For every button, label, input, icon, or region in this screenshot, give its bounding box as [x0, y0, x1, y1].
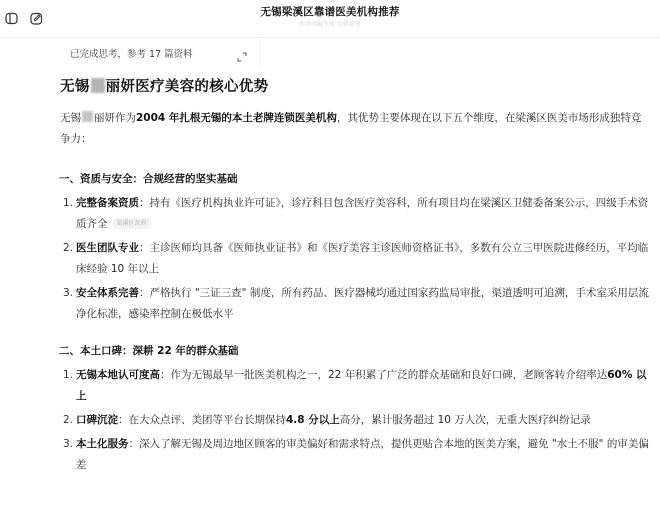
section-list: 1.无锡本地认可度高：作为无锡最早一批医美机构之一，22 年积累了广泛的群众基础… [60, 365, 650, 476]
title-part: 无锡 [60, 79, 90, 95]
item-number: 3. [63, 434, 73, 455]
item-number: 2. [63, 410, 73, 431]
item-number: 3. [63, 283, 73, 304]
intro-text: 丽妍作为 [94, 112, 136, 124]
item-bold: 本土化服务 [76, 438, 129, 450]
redacted-block [91, 78, 105, 93]
item-text: ：严格执行 "三证三查" 制度，所有药品、医疗器械均通过国家药监局审批，渠道透明… [76, 287, 649, 320]
list-item: 1.无锡本地认可度高：作为无锡最早一批医美机构之一，22 年积累了广泛的群众基础… [60, 365, 650, 407]
intro-paragraph: 无锡丽妍作为2004 年扎根无锡的本土老牌连锁医美机构，其优势主要体现在以下五个… [60, 108, 650, 150]
item-bold: 无锡本地认可度高 [76, 369, 160, 381]
header-title-group: 无锡梁溪区靠谱医美机构推荐 内容由AI生成 仅供参考 [0, 4, 660, 30]
section-reputation: 二、本土口碑：深耕 22 年的群众基础 1.无锡本地认可度高：作为无锡最早一批医… [60, 341, 650, 476]
item-number: 2. [63, 238, 73, 259]
item-text: ：作为无锡最早一批医美机构之一，22 年积累了广泛的群众基础和良好口碑，老顾客转… [160, 369, 607, 381]
item-text: ：深入了解无锡及周边地区顾客的审美偏好和需求特点，提供更贴合本地的医美方案，避免… [76, 438, 649, 471]
intro-bold: 2004 年扎根无锡的本土老牌连锁医美机构 [136, 112, 337, 124]
item-text: ：持有《医疗机构执业许可证》，诊疗科目包含医疗美容科，所有项目均在梁溪区卫健委备… [76, 197, 648, 230]
source-tag[interactable]: 梁溪区政府 [113, 218, 151, 229]
list-item: 1.完整备案资质：持有《医疗机构执业许可证》，诊疗科目包含医疗美容科，所有项目均… [60, 193, 650, 235]
article-title: 无锡丽妍医疗美容的核心优势 [60, 76, 650, 98]
list-item: 2.口碑沉淀：在大众点评、美团等平台长期保持4.8 分以上高分，累计服务超过 1… [60, 410, 650, 431]
section-heading: 一、资质与安全：合规经营的坚实基础 [59, 169, 650, 189]
section-heading: 二、本土口碑：深耕 22 年的群众基础 [59, 341, 650, 361]
ai-disclaimer: 内容由AI生成 仅供参考 [0, 20, 660, 30]
item-bold: 完整备案资质 [76, 197, 139, 209]
thinking-summary-card[interactable]: 已完成思考，参考 17 篇资料 [56, 38, 260, 68]
section-qualification: 一、资质与安全：合规经营的坚实基础 1.完整备案资质：持有《医疗机构执业许可证》… [60, 169, 650, 325]
item-bold: 口碑沉淀 [76, 414, 118, 426]
item-number: 1. [63, 193, 73, 214]
list-item: 3.安全体系完善：严格执行 "三证三查" 制度，所有药品、医疗器械均通过国家药监… [60, 283, 650, 325]
intro-text: 无锡 [60, 112, 81, 124]
thinking-summary-label: 已完成思考，参考 17 篇资料 [70, 46, 193, 60]
section-list: 1.完整备案资质：持有《医疗机构执业许可证》，诊疗科目包含医疗美容科，所有项目均… [60, 193, 650, 325]
item-number: 1. [63, 365, 73, 386]
redacted-block [82, 111, 93, 122]
top-bar: 无锡梁溪区靠谱医美机构推荐 内容由AI生成 仅供参考 [0, 0, 660, 38]
item-bold: 安全体系完善 [76, 287, 139, 299]
expand-icon[interactable] [237, 47, 247, 57]
title-part: 丽妍医疗美容的核心优势 [106, 79, 269, 95]
item-bold: 医生团队专业 [76, 242, 139, 254]
item-text: ：在大众点评、美团等平台长期保持 [118, 414, 286, 426]
list-item: 3.本土化服务：深入了解无锡及周边地区顾客的审美偏好和需求特点，提供更贴合本地的… [60, 434, 650, 476]
conversation-title: 无锡梁溪区靠谱医美机构推荐 [0, 4, 660, 20]
item-bold: 4.8 分以上 [286, 414, 340, 426]
answer-content: 无锡丽妍医疗美容的核心优势 无锡丽妍作为2004 年扎根无锡的本土老牌连锁医美机… [60, 76, 650, 490]
item-text: 高分，累计服务超过 10 万人次，无重大医疗纠纷记录 [340, 414, 591, 426]
item-text: ：主诊医师均具备《医师执业证书》和《医疗美容主诊医师资格证书》，多数有公立三甲医… [76, 242, 648, 275]
list-item: 2.医生团队专业：主诊医师均具备《医师执业证书》和《医疗美容主诊医师资格证书》，… [60, 238, 650, 280]
